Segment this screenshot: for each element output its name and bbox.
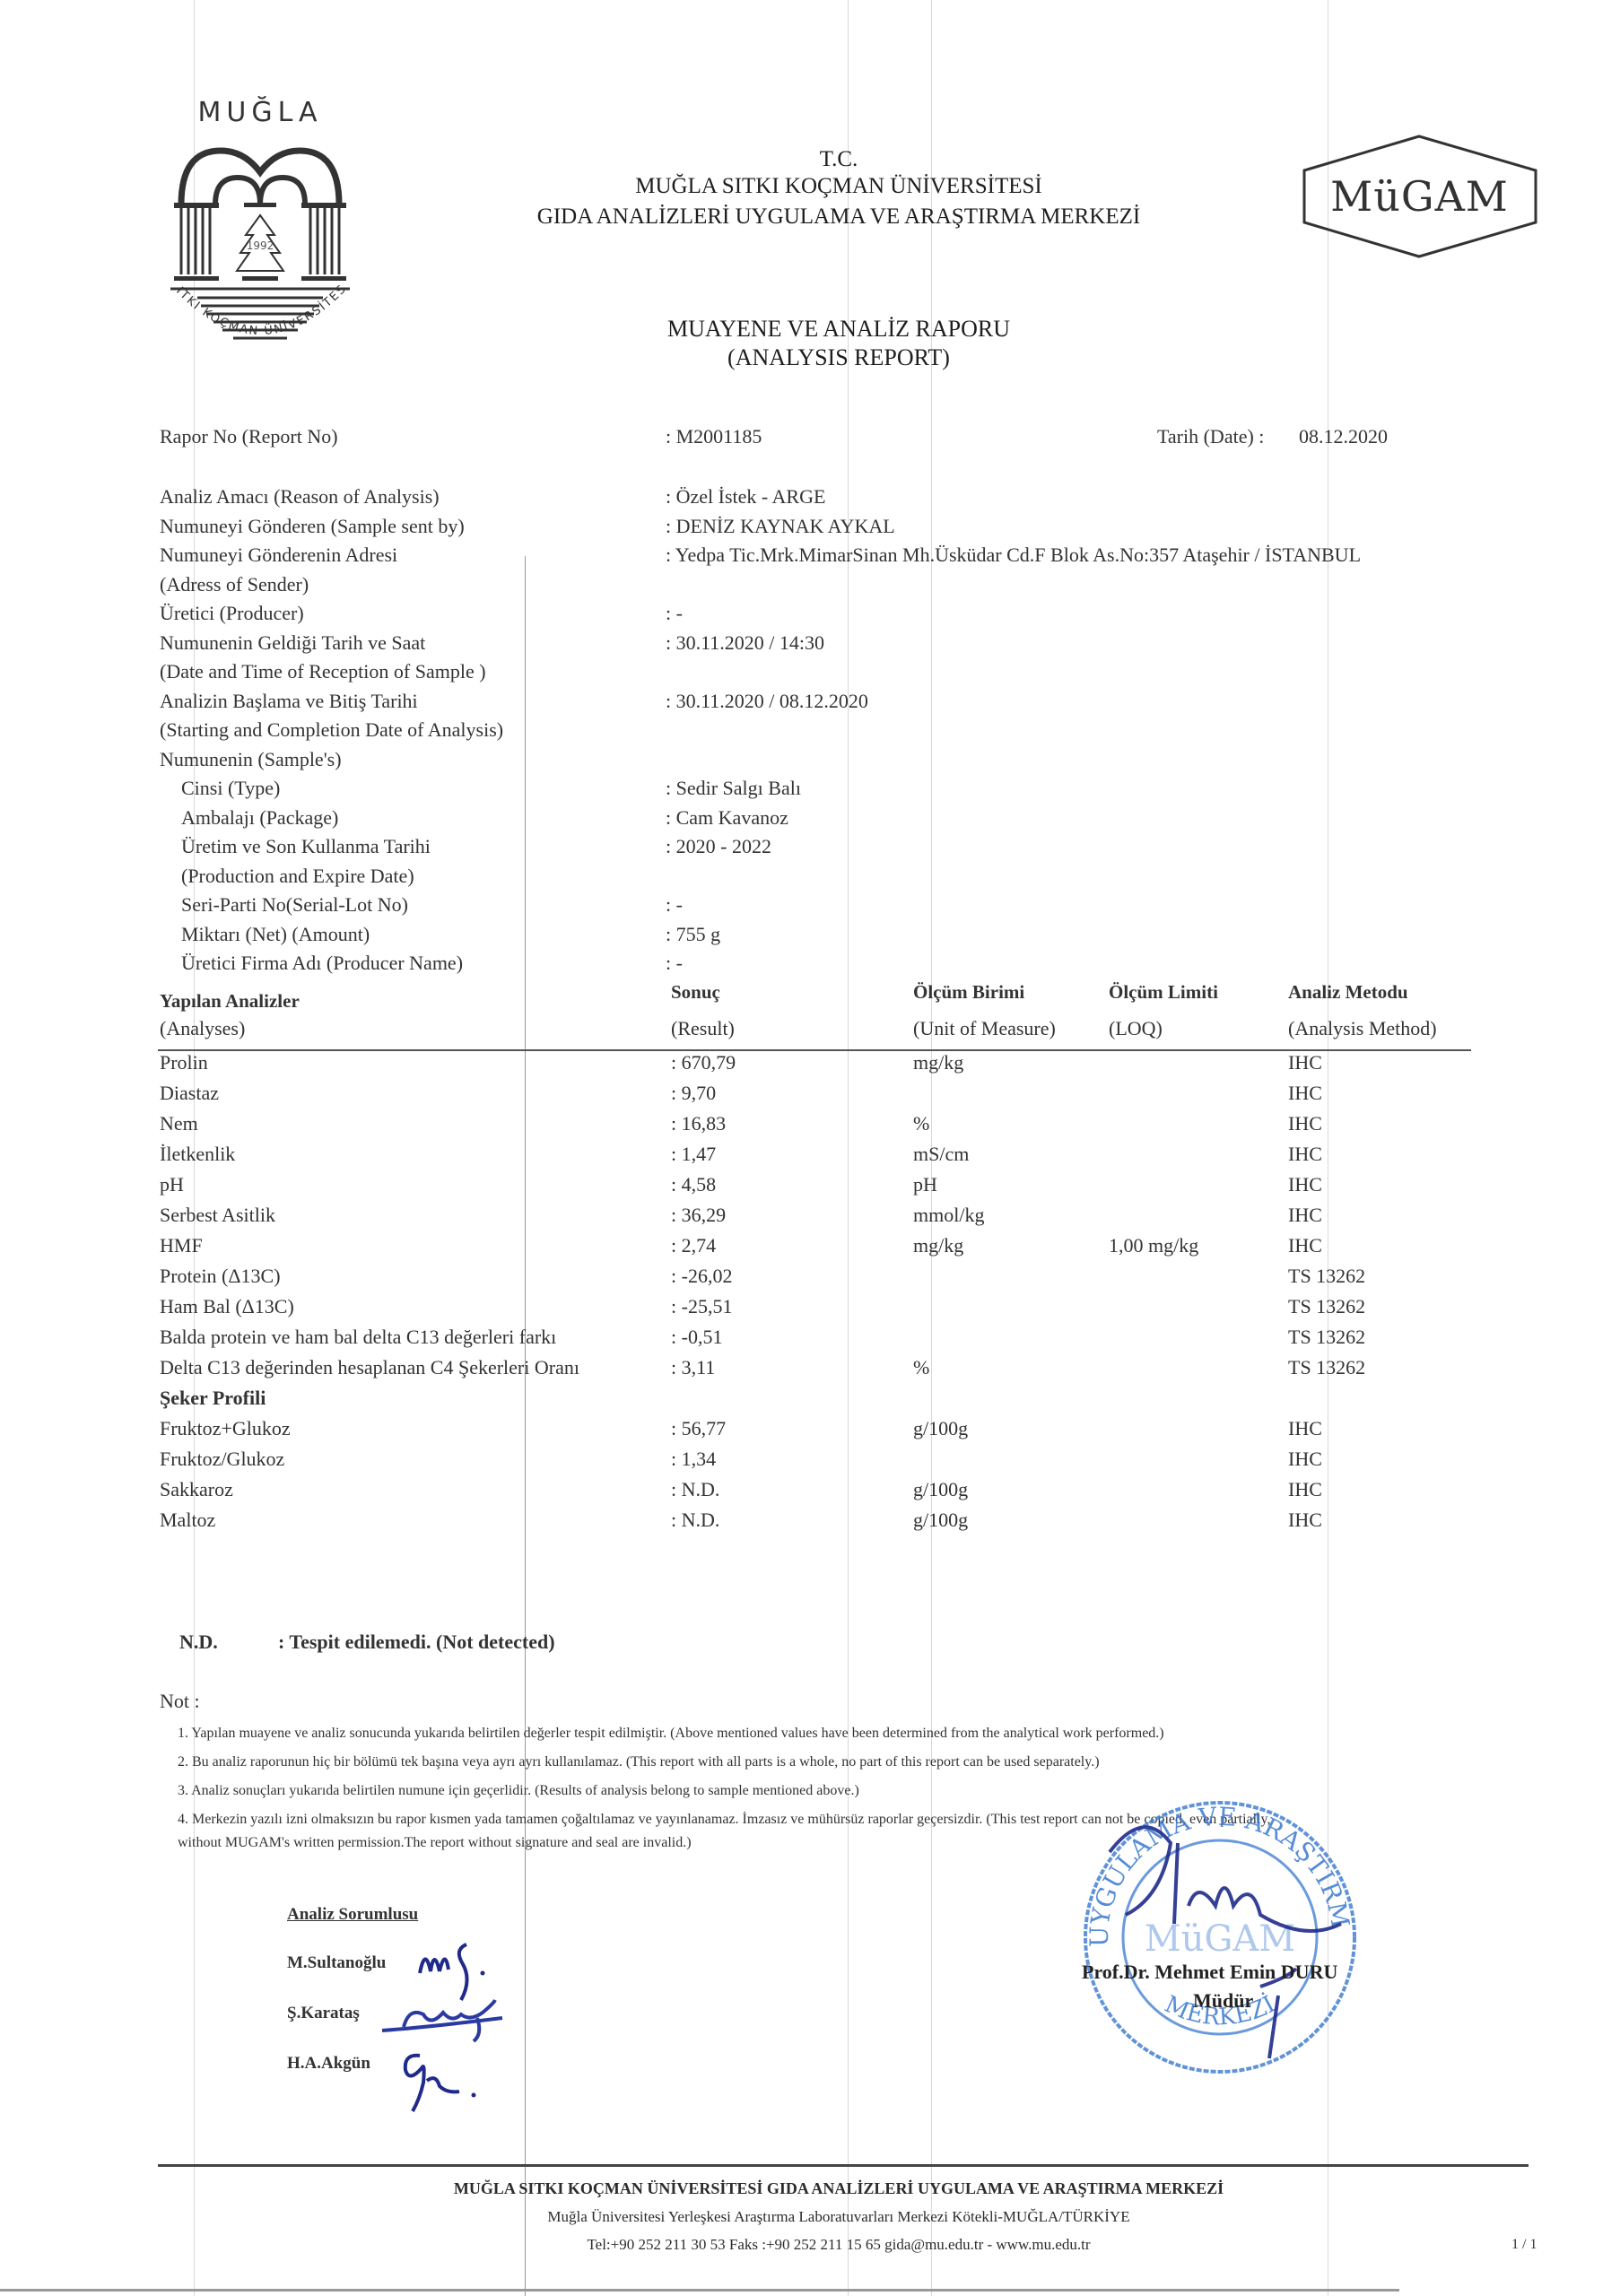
info-value: : 30.11.2020 / 14:30 (666, 631, 824, 655)
info-label: (Adress of Sender) (160, 573, 309, 596)
cell-method: IHC (1288, 1417, 1322, 1440)
sample-value: : Cam Kavanoz (666, 806, 788, 830)
cell-result: : 2,74 (671, 1234, 716, 1257)
cell-unit: % (913, 1112, 929, 1135)
info-label: Numuneyi Gönderen (Sample sent by) (160, 515, 465, 538)
sample-label: (Production and Expire Date) (181, 865, 414, 888)
report-no-value: : M2001185 (666, 425, 762, 448)
signatory-name: Ş.Karataş (287, 2004, 360, 2023)
cell-unit: g/100g (913, 1478, 968, 1501)
notes-title: Not : (160, 1690, 200, 1713)
column-header: Ölçüm Birimi (913, 981, 1024, 1004)
cell-method: IHC (1288, 1204, 1322, 1227)
cell-name: İletkenlik (160, 1143, 235, 1166)
analysis-responsible-title: Analiz Sorumlusu (287, 1905, 418, 1925)
cell-method: IHC (1288, 1112, 1322, 1135)
signature-mark (395, 2036, 493, 2117)
note-item: 2. Bu analiz raporunun hiç bir bölümü te… (178, 1754, 1100, 1770)
cell-name: Fruktoz/Glukoz (160, 1448, 284, 1471)
signatory-name: H.A.Akgün (287, 2054, 370, 2074)
info-label: Analizin Başlama ve Bitiş Tarihi (160, 690, 418, 713)
sample-label: Ambalajı (Package) (181, 806, 338, 830)
footer-contact: Tel:+90 252 211 30 53 Faks :+90 252 211 … (0, 2236, 1620, 2254)
column-header-en: (Unit of Measure) (913, 1017, 1056, 1040)
cell-name: Balda protein ve ham bal delta C13 değer… (160, 1326, 556, 1349)
footer-rule (158, 2164, 1529, 2167)
cell-method: TS 13262 (1288, 1295, 1365, 1318)
header-tc: T.C. (0, 147, 1620, 172)
report-no-label: Rapor No (Report No) (160, 425, 338, 448)
cell-method: IHC (1288, 1173, 1322, 1196)
cell-result: : -0,51 (671, 1326, 722, 1349)
cell-result: : 56,77 (671, 1417, 726, 1440)
cell-method: IHC (1288, 1143, 1322, 1166)
official-seal-stamp: UYGULAMA VE ARAŞTIRMA MERKEZİ MüGAM (1072, 1789, 1368, 2085)
info-value: : 30.11.2020 / 08.12.2020 (666, 690, 868, 713)
report-subtitle: (ANALYSIS REPORT) (0, 344, 1620, 371)
nd-definition: : Tespit edilemedi. (Not detected) (278, 1631, 555, 1654)
page-bottom-edge (0, 2289, 1399, 2292)
cell-result: : N.D. (671, 1509, 719, 1532)
cell-result: : 1,47 (671, 1143, 716, 1166)
director-title: Müdür (1193, 1989, 1253, 2013)
column-header: Analiz Metodu (1288, 981, 1408, 1004)
cell-name: Prolin (160, 1051, 208, 1074)
header-center: GIDA ANALİZLERİ UYGULAMA VE ARAŞTIRMA ME… (0, 204, 1620, 230)
signatory-name: M.Sultanoğlu (287, 1953, 386, 1973)
info-label: (Starting and Completion Date of Analysi… (160, 718, 503, 742)
info-label: Numuneyi Gönderenin Adresi (160, 544, 397, 567)
info-label: (Date and Time of Reception of Sample ) (160, 660, 486, 683)
cell-unit: pH (913, 1173, 937, 1196)
cell-result: : 36,29 (671, 1204, 726, 1227)
cell-method: IHC (1288, 1051, 1322, 1074)
cell-name: Ham Bal (Δ13C) (160, 1295, 294, 1318)
cell-result: : 3,11 (671, 1356, 715, 1379)
column-header-en: (Analyses) (160, 1017, 245, 1040)
column-header-en: (LOQ) (1109, 1017, 1163, 1040)
column-header-en: (Analysis Method) (1288, 1017, 1437, 1040)
cell-loq: 1,00 mg/kg (1109, 1234, 1198, 1257)
cell-method: TS 13262 (1288, 1265, 1365, 1288)
cell-result: : 670,79 (671, 1051, 736, 1074)
column-header: Yapılan Analizler (160, 990, 300, 1013)
cell-method: IHC (1288, 1448, 1322, 1471)
cell-unit: mS/cm (913, 1143, 969, 1166)
svg-text:1992: 1992 (247, 239, 274, 252)
cell-result: : N.D. (671, 1478, 719, 1501)
cell-name: Nem (160, 1112, 198, 1135)
info-label: Analiz Amacı (Reason of Analysis) (160, 485, 440, 509)
info-value: : Yedpa Tic.Mrk.MimarSinan Mh.Üsküdar Cd… (666, 544, 1361, 567)
scan-artifact-line (525, 556, 526, 2296)
column-header-en: (Result) (671, 1017, 735, 1040)
info-label: Numunenin Geldiği Tarih ve Saat (160, 631, 425, 655)
cell-name: Şeker Profili (160, 1387, 266, 1410)
logo-wordmark: MUĞLA (161, 97, 359, 128)
header-university: MUĞLA SITKI KOÇMAN ÜNİVERSİTESİ (0, 174, 1620, 199)
cell-name: Diastaz (160, 1082, 219, 1105)
date-label: Tarih (Date) : (1157, 425, 1264, 448)
sample-label: Üretim ve Son Kullanma Tarihi (181, 835, 431, 858)
cell-result: : -26,02 (671, 1265, 732, 1288)
nd-abbreviation: N.D. (179, 1631, 218, 1654)
cell-name: Fruktoz+Glukoz (160, 1417, 291, 1440)
sample-value: : Sedir Salgı Balı (666, 777, 801, 800)
cell-result: : -25,51 (671, 1295, 732, 1318)
cell-method: IHC (1288, 1509, 1322, 1532)
cell-result: : 9,70 (671, 1082, 716, 1105)
cell-result: : 1,34 (671, 1448, 716, 1471)
sample-label: Seri-Parti No(Serial-Lot No) (181, 893, 408, 917)
info-value: : DENİZ KAYNAK AYKAL (666, 515, 895, 538)
cell-unit: mg/kg (913, 1234, 963, 1257)
sample-label: Miktarı (Net) (Amount) (181, 923, 370, 946)
cell-method: IHC (1288, 1082, 1322, 1105)
cell-method: TS 13262 (1288, 1326, 1365, 1349)
note-item: 1. Yapılan muayene ve analiz sonucunda y… (178, 1726, 1164, 1742)
report-title: MUAYENE VE ANALİZ RAPORU (0, 316, 1620, 343)
director-name: Prof.Dr. Mehmet Emin DURU (1082, 1961, 1337, 1984)
cell-name: Delta C13 değerinden hesaplanan C4 Şeker… (160, 1356, 579, 1379)
page-number: 1 / 1 (1511, 2237, 1537, 2253)
cell-method: TS 13262 (1288, 1356, 1365, 1379)
cell-unit: mg/kg (913, 1051, 963, 1074)
svg-text:MüGAM: MüGAM (1145, 1918, 1296, 1960)
cell-method: IHC (1288, 1234, 1322, 1257)
date-value: 08.12.2020 (1299, 425, 1388, 448)
cell-name: pH (160, 1173, 184, 1196)
cell-unit: g/100g (913, 1417, 968, 1440)
sample-value: : 2020 - 2022 (666, 835, 771, 858)
sample-label: Üretici Firma Adı (Producer Name) (181, 952, 463, 975)
footer-address: Muğla Üniversitesi Yerleşkesi Araştırma … (0, 2208, 1620, 2226)
note-item: without MUGAM's written permission.The r… (178, 1835, 692, 1851)
cell-result: : 16,83 (671, 1112, 726, 1135)
cell-result: : 4,58 (671, 1173, 716, 1196)
table-header-rule (158, 1049, 1471, 1051)
note-item: 3. Analiz sonuçları yukarıda belirtilen … (178, 1783, 859, 1799)
cell-unit: mmol/kg (913, 1204, 984, 1227)
info-label: Üretici (Producer) (160, 602, 304, 625)
info-value: : Özel İstek - ARGE (666, 485, 825, 509)
column-header: Ölçüm Limiti (1109, 981, 1218, 1004)
sample-label: Cinsi (Type) (181, 777, 280, 800)
cell-name: Sakkaroz (160, 1478, 233, 1501)
sample-value: : - (666, 952, 683, 975)
cell-method: IHC (1288, 1478, 1322, 1501)
info-label: Numunenin (Sample's) (160, 748, 342, 771)
cell-name: HMF (160, 1234, 203, 1257)
cell-unit: g/100g (913, 1509, 968, 1532)
info-value: : - (666, 602, 683, 625)
sample-value: : 755 g (666, 923, 720, 946)
cell-unit: % (913, 1356, 929, 1379)
cell-name: Serbest Asitlik (160, 1204, 275, 1227)
cell-name: Protein (Δ13C) (160, 1265, 281, 1288)
footer-organization: MUĞLA SITKI KOÇMAN ÜNİVERSİTESİ GIDA ANA… (0, 2179, 1620, 2198)
cell-name: Maltoz (160, 1509, 215, 1532)
column-header: Sonuç (671, 981, 720, 1004)
sample-value: : - (666, 893, 683, 917)
